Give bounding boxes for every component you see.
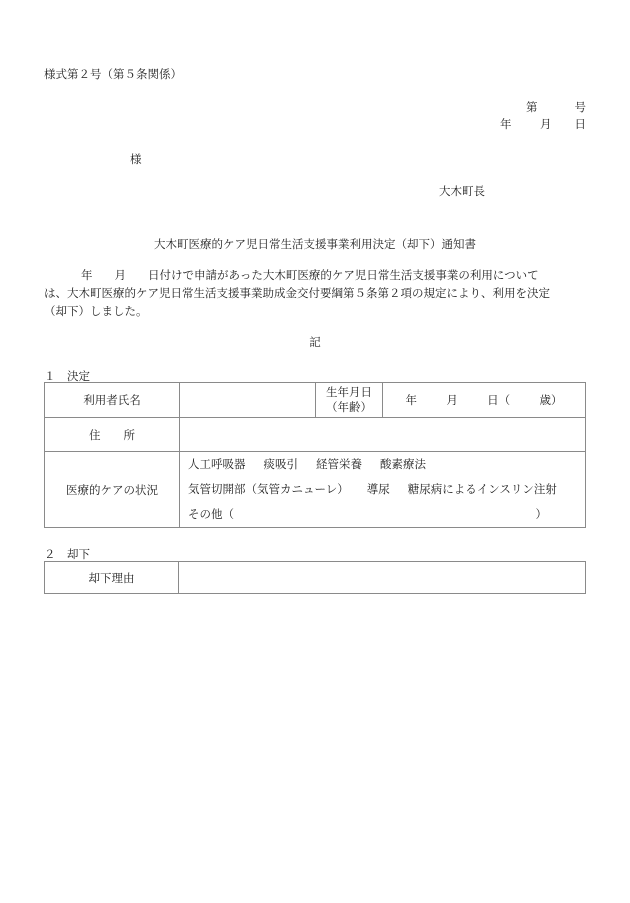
body-month: 月: [115, 268, 127, 282]
care-option[interactable]: 経管栄養: [316, 457, 362, 471]
sender: 大木町長: [439, 183, 485, 199]
care-status-label: 医療的ケアの状況: [45, 452, 180, 528]
care-option[interactable]: 気管切開部（気管カニューレ）: [188, 482, 349, 496]
user-name-label: 利用者氏名: [45, 383, 180, 418]
body-line1: 日付けで申請があった大木町医療的ケア児日常生活支援事業の利用について: [148, 268, 539, 282]
care-status-field: 人工呼吸器痰吸引経管栄養酸素療法 気管切開部（気管カニューレ）導尿糖尿病によるイ…: [180, 452, 586, 528]
date-day: 日: [575, 116, 587, 132]
doc-number-prefix: 第: [526, 99, 538, 115]
doc-number-suffix: 号: [575, 99, 587, 115]
rejection-table: 却下理由: [44, 561, 586, 594]
care-option[interactable]: 導尿: [367, 482, 390, 496]
body-line3: （却下）しました。: [44, 302, 589, 320]
form-label: 様式第２号（第５条関係）: [44, 66, 182, 82]
dob-day: 日（: [487, 392, 510, 408]
care-option[interactable]: 人工呼吸器: [188, 457, 246, 471]
body-line2: は、大木町医療的ケア児日常生活支援事業助成金交付要綱第５条第２項の規定により、利…: [44, 284, 589, 302]
body-year: 年: [81, 268, 93, 282]
table-row: 却下理由: [45, 562, 586, 594]
addressee: 様: [130, 151, 142, 167]
care-other-line[interactable]: その他（ ）: [180, 502, 585, 527]
care-option[interactable]: 痰吸引: [264, 457, 299, 471]
dob-year: 年: [406, 392, 418, 408]
care-options-line2: 気管切開部（気管カニューレ）導尿糖尿病によるインスリン注射: [180, 477, 585, 502]
ki-heading: 記: [0, 334, 630, 350]
address-field[interactable]: [180, 418, 586, 452]
user-name-field[interactable]: [180, 383, 316, 418]
dob-month: 月: [446, 392, 458, 408]
address-label: 住 所: [45, 418, 180, 452]
date-month: 月: [540, 116, 552, 132]
document-title: 大木町医療的ケア児日常生活支援事業利用決定（却下）通知書: [0, 236, 630, 252]
dob-label: 生年月日 （年齢）: [316, 383, 383, 418]
care-option[interactable]: 糖尿病によるインスリン注射: [408, 482, 557, 496]
care-other-open: その他（: [188, 507, 234, 521]
dob-label-line1: 生年月日: [316, 385, 382, 400]
date-year: 年: [500, 116, 512, 132]
table-row: 住 所: [45, 418, 586, 452]
care-option[interactable]: 酸素療法: [380, 457, 426, 471]
care-options-line1: 人工呼吸器痰吸引経管栄養酸素療法: [180, 452, 585, 477]
table-row: 利用者氏名 生年月日 （年齢） 年 月 日（ 歳）: [45, 383, 586, 418]
body-paragraph: 年月日付けで申請があった大木町医療的ケア児日常生活支援事業の利用について は、大…: [44, 266, 589, 320]
section2-heading: ２ 却下: [44, 546, 90, 562]
care-other-close: ）: [536, 502, 548, 527]
rejection-reason-label: 却下理由: [45, 562, 179, 594]
dob-label-line2: （年齢）: [316, 400, 382, 415]
dob-age: 歳）: [539, 392, 562, 408]
rejection-reason-field[interactable]: [179, 562, 586, 594]
table-row: 医療的ケアの状況 人工呼吸器痰吸引経管栄養酸素療法 気管切開部（気管カニューレ）…: [45, 452, 586, 528]
dob-field[interactable]: 年 月 日（ 歳）: [383, 383, 586, 418]
decision-table: 利用者氏名 生年月日 （年齢） 年 月 日（ 歳） 住 所 医療的ケアの状況 人…: [44, 382, 586, 528]
